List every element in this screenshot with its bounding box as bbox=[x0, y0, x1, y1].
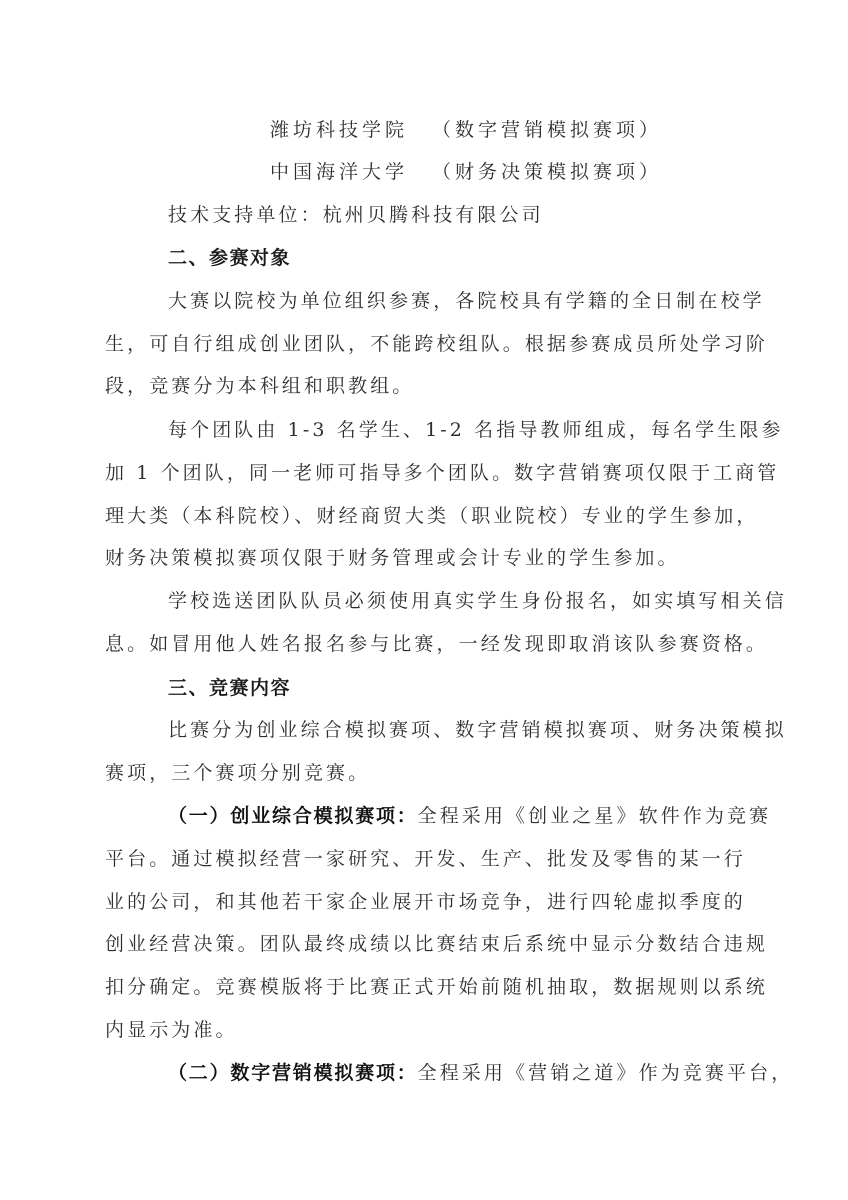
organizer-track: （财务决策模拟赛项） bbox=[432, 159, 662, 185]
paragraph-line: 扣分确定。竞赛模版将于比赛正式开始前随机抽取，数据规则以系统 bbox=[105, 974, 723, 1000]
item-label: （二）数字营销模拟赛项： bbox=[168, 1062, 418, 1084]
paragraph-line: 创业经营决策。团队最终成绩以比赛结束后系统中显示分数结合违规 bbox=[105, 931, 723, 957]
paragraph-line: 学校选送团队队员必须使用真实学生身份报名，如实填写相关信 bbox=[168, 588, 723, 614]
paragraph-line: 大赛以院校为单位组织参赛，各院校具有学籍的全日制在校学 bbox=[168, 288, 723, 314]
item-text: 全程采用《创业之星》软件作为竞赛 bbox=[418, 805, 772, 827]
paragraph-line: （一）创业综合模拟赛项：全程采用《创业之星》软件作为竞赛 bbox=[168, 803, 723, 829]
organizer-track: （数字营销模拟赛项） bbox=[432, 117, 662, 143]
organizer-line: 潍坊科技学院（数字营销模拟赛项） bbox=[270, 117, 848, 143]
paragraph-line: 财务决策模拟赛项仅限于财务管理或会计专业的学生参加。 bbox=[105, 545, 723, 571]
paragraph-line: 段，竞赛分为本科组和职教组。 bbox=[105, 373, 723, 399]
tech-support-line: 技术支持单位：杭州贝腾科技有限公司 bbox=[168, 202, 723, 228]
document-page: 潍坊科技学院（数字营销模拟赛项） 中国海洋大学（财务决策模拟赛项） 技术支持单位… bbox=[0, 0, 848, 1200]
paragraph-line: 每个团队由 1-3 名学生、1-2 名指导教师组成，每名学生限参 bbox=[168, 417, 723, 443]
paragraph-line: 业的公司，和其他若干家企业展开市场竞争，进行四轮虚拟季度的 bbox=[105, 889, 723, 915]
paragraph-line: 平台。通过模拟经营一家研究、开发、生产、批发及零售的某一行 bbox=[105, 846, 723, 872]
paragraph-line: （二）数字营销模拟赛项：全程采用《营销之道》作为竞赛平台， bbox=[168, 1060, 723, 1086]
paragraph-line: 比赛分为创业综合模拟赛项、数字营销模拟赛项、财务决策模拟 bbox=[168, 717, 723, 743]
paragraph-line: 息。如冒用他人姓名报名参与比赛，一经发现即取消该队参赛资格。 bbox=[105, 631, 723, 657]
organizer-name: 中国海洋大学 bbox=[270, 159, 432, 185]
section-heading: 三、竞赛内容 bbox=[168, 675, 723, 701]
paragraph-line: 生，可自行组成创业团队，不能跨校组队。根据参赛成员所处学习阶 bbox=[105, 331, 723, 357]
organizer-name: 潍坊科技学院 bbox=[270, 117, 432, 143]
organizer-line: 中国海洋大学（财务决策模拟赛项） bbox=[270, 159, 848, 185]
section-heading: 二、参赛对象 bbox=[168, 245, 723, 271]
item-text: 全程采用《营销之道》作为竞赛平台， bbox=[418, 1062, 794, 1084]
paragraph-line: 内显示为准。 bbox=[105, 1017, 723, 1043]
paragraph-line: 理大类（本科院校）、财经商贸大类（职业院校）专业的学生参加， bbox=[105, 503, 723, 529]
item-label: （一）创业综合模拟赛项： bbox=[168, 805, 418, 827]
paragraph-line: 加 1 个团队，同一老师可指导多个团队。数字营销赛项仅限于工商管 bbox=[105, 460, 723, 486]
paragraph-line: 赛项，三个赛项分别竞赛。 bbox=[105, 760, 723, 786]
